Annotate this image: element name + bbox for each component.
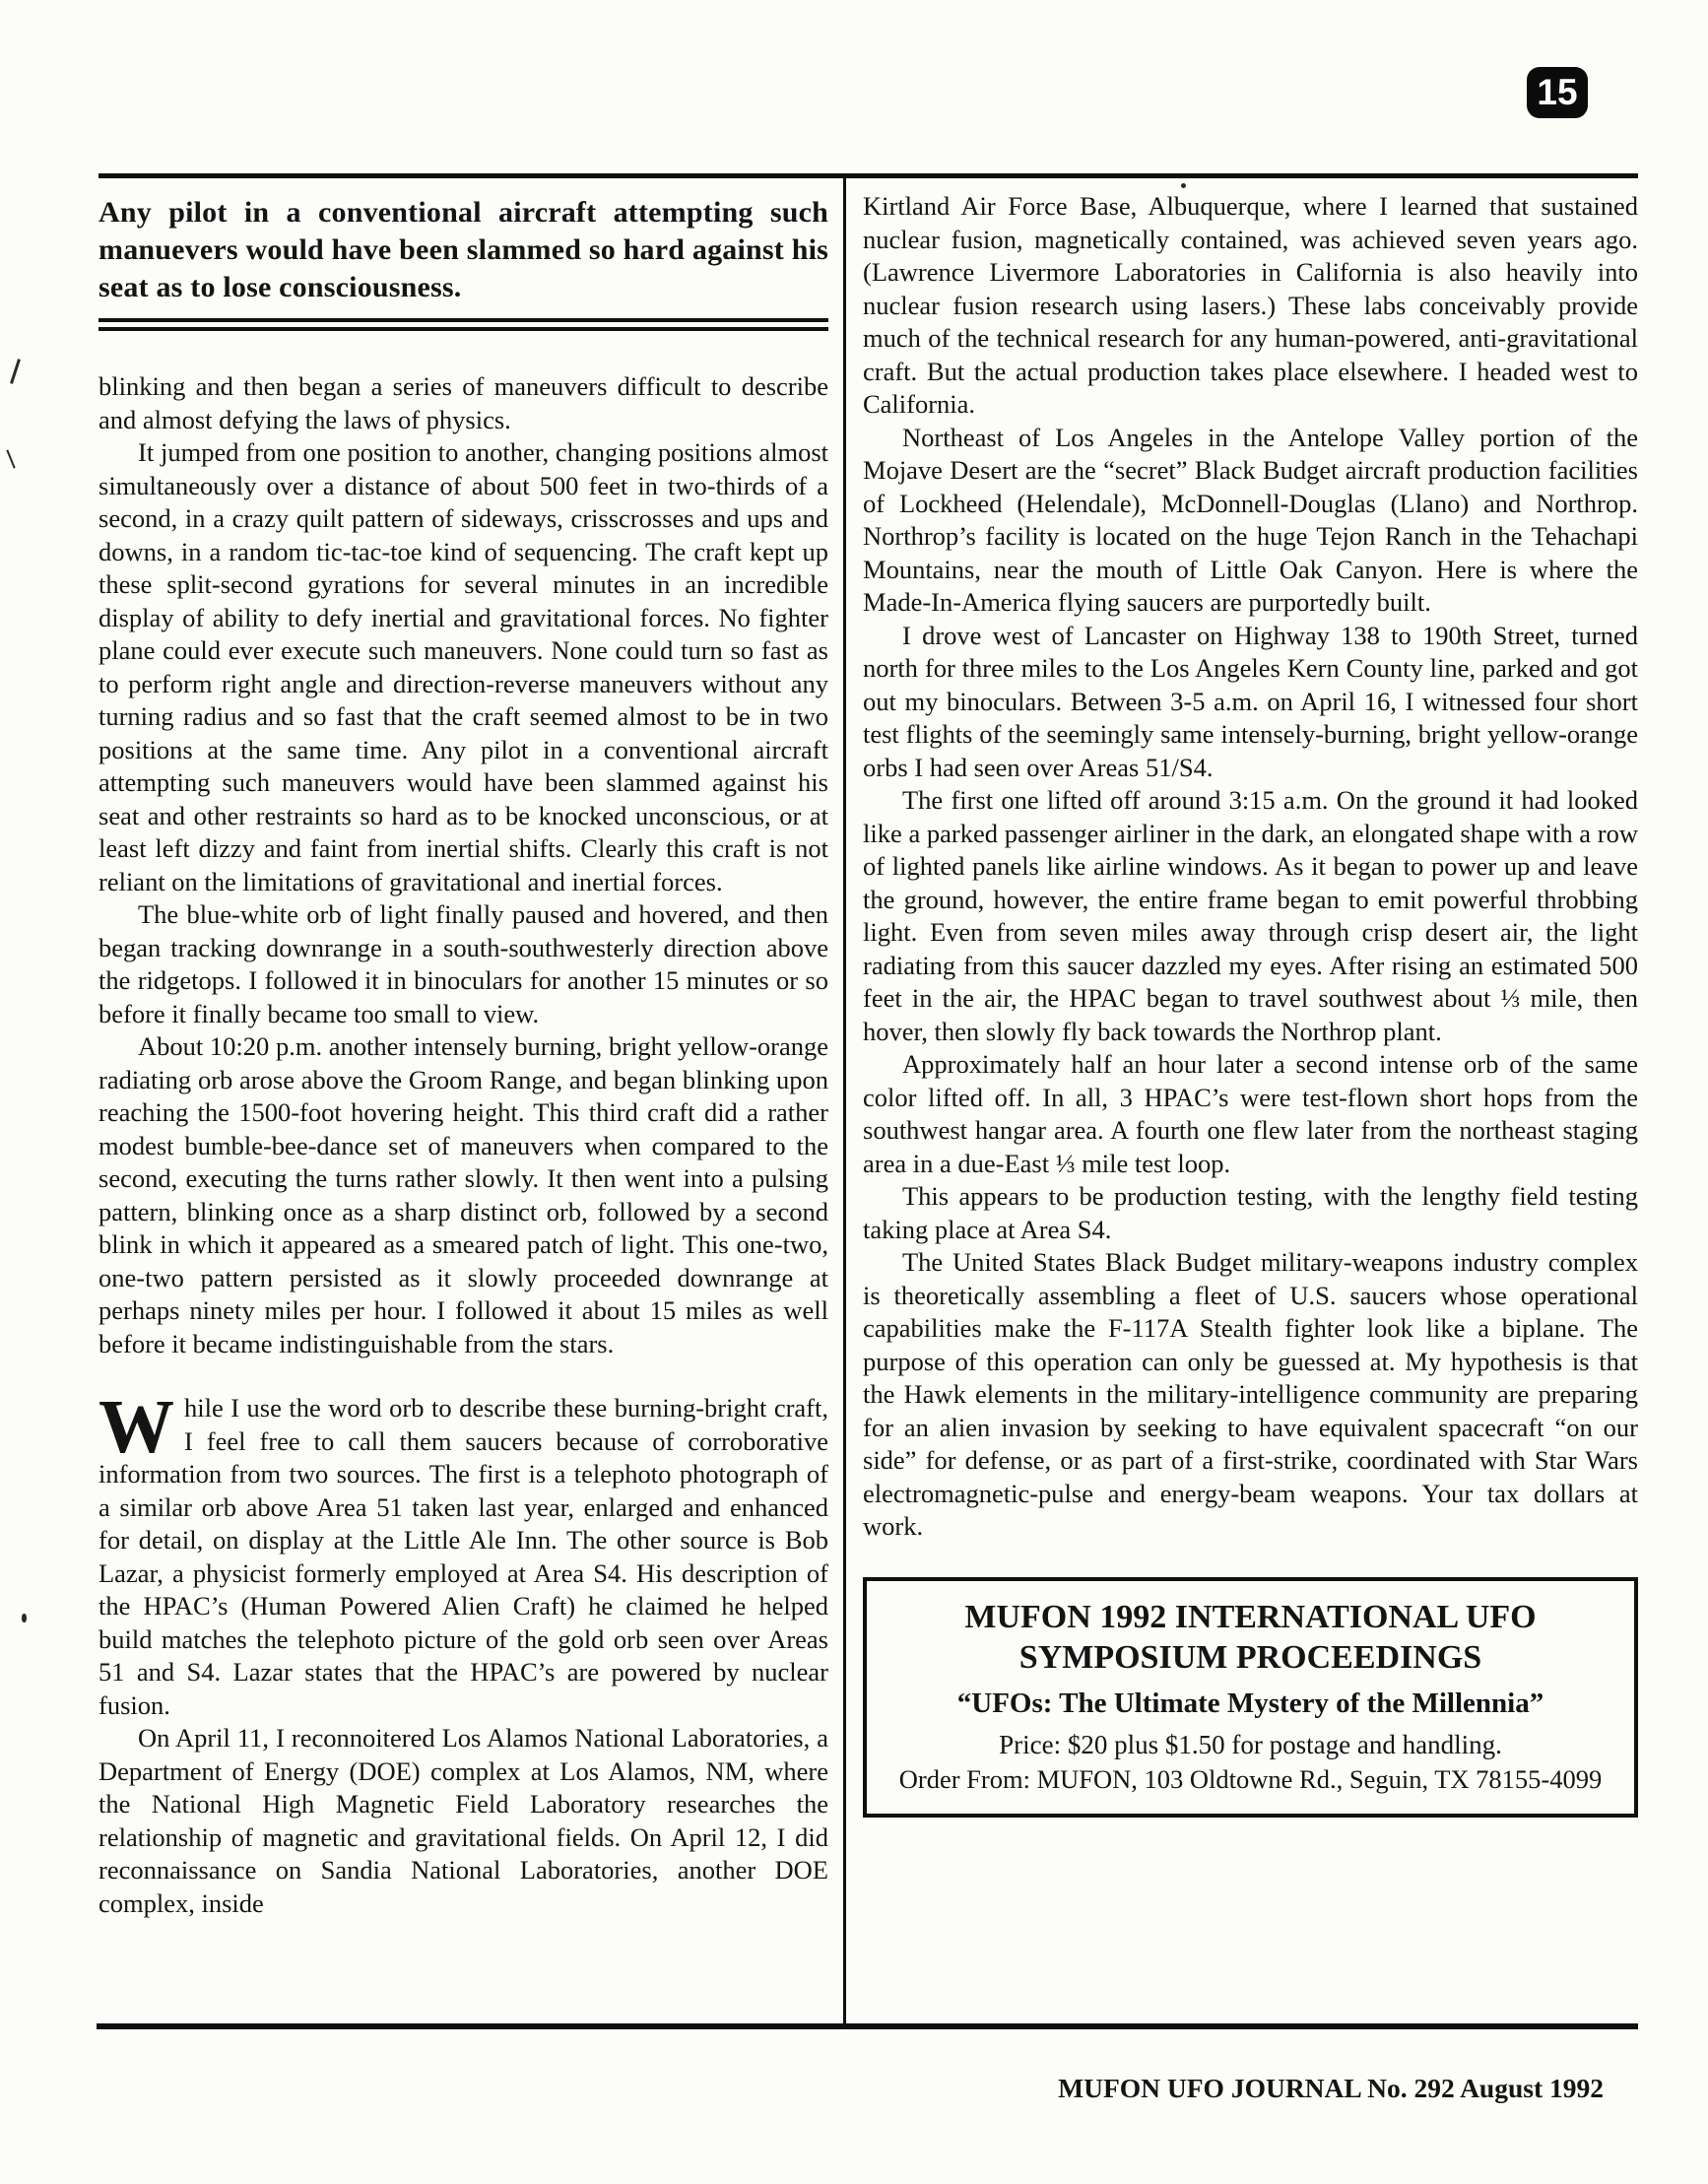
magazine-page: 15 Any pilot in a conventional aircraft …	[0, 0, 1708, 2184]
body-paragraph: The first one lifted off around 3:15 a.m…	[863, 784, 1638, 1048]
divider-bar	[99, 327, 828, 331]
scan-artifact	[1181, 183, 1186, 188]
divider-bar	[99, 318, 828, 322]
body-paragraph: I drove west of Lancaster on Highway 138…	[863, 620, 1638, 785]
body-paragraph: Northeast of Los Angeles in the Antelope…	[863, 422, 1638, 620]
pull-quote: Any pilot in a conventional aircraft att…	[99, 194, 828, 306]
pull-quote-divider	[99, 318, 828, 331]
body-paragraph: Approximately half an hour later a secon…	[863, 1048, 1638, 1180]
ad-title-line1: MUFON 1992 INTERNATIONAL UFO	[879, 1597, 1622, 1637]
body-paragraph-dropcap: While I use the word orb to describe the…	[99, 1392, 828, 1722]
ad-price-line: Price: $20 plus $1.50 for postage and ha…	[879, 1729, 1622, 1761]
page-number-badge: 15	[1527, 67, 1588, 118]
body-paragraph: About 10:20 p.m. another intensely burni…	[99, 1030, 828, 1360]
right-column: Kirtland Air Force Base, Albuquerque, wh…	[863, 178, 1638, 1818]
body-paragraph: The United States Black Budget military-…	[863, 1246, 1638, 1544]
footer-rule	[97, 2023, 1638, 2029]
scan-artifact	[6, 449, 15, 468]
body-paragraph: Kirtland Air Force Base, Albuquerque, wh…	[863, 190, 1638, 422]
left-column: Any pilot in a conventional aircraft att…	[99, 178, 828, 1920]
scan-artifact	[10, 359, 21, 384]
body-paragraph: On April 11, I reconnoitered Los Alamos …	[99, 1722, 828, 1920]
body-paragraph: It jumped from one position to another, …	[99, 436, 828, 898]
ad-title-line2: SYMPOSIUM PROCEEDINGS	[879, 1637, 1622, 1678]
body-paragraph: This appears to be production testing, w…	[863, 1180, 1638, 1246]
column-divider-rule	[843, 175, 846, 2026]
scan-artifact	[22, 1614, 27, 1622]
ad-subtitle: “UFOs: The Ultimate Mystery of the Mille…	[879, 1686, 1622, 1721]
journal-footer: MUFON UFO JOURNAL No. 292 August 1992	[1058, 2073, 1604, 2104]
body-paragraph: blinking and then began a series of mane…	[99, 370, 828, 436]
body-paragraph: The blue-white orb of light finally paus…	[99, 898, 828, 1030]
symposium-proceedings-ad: MUFON 1992 INTERNATIONAL UFO SYMPOSIUM P…	[863, 1577, 1638, 1818]
ad-order-line: Order From: MUFON, 103 Oldtowne Rd., Seg…	[879, 1763, 1622, 1796]
